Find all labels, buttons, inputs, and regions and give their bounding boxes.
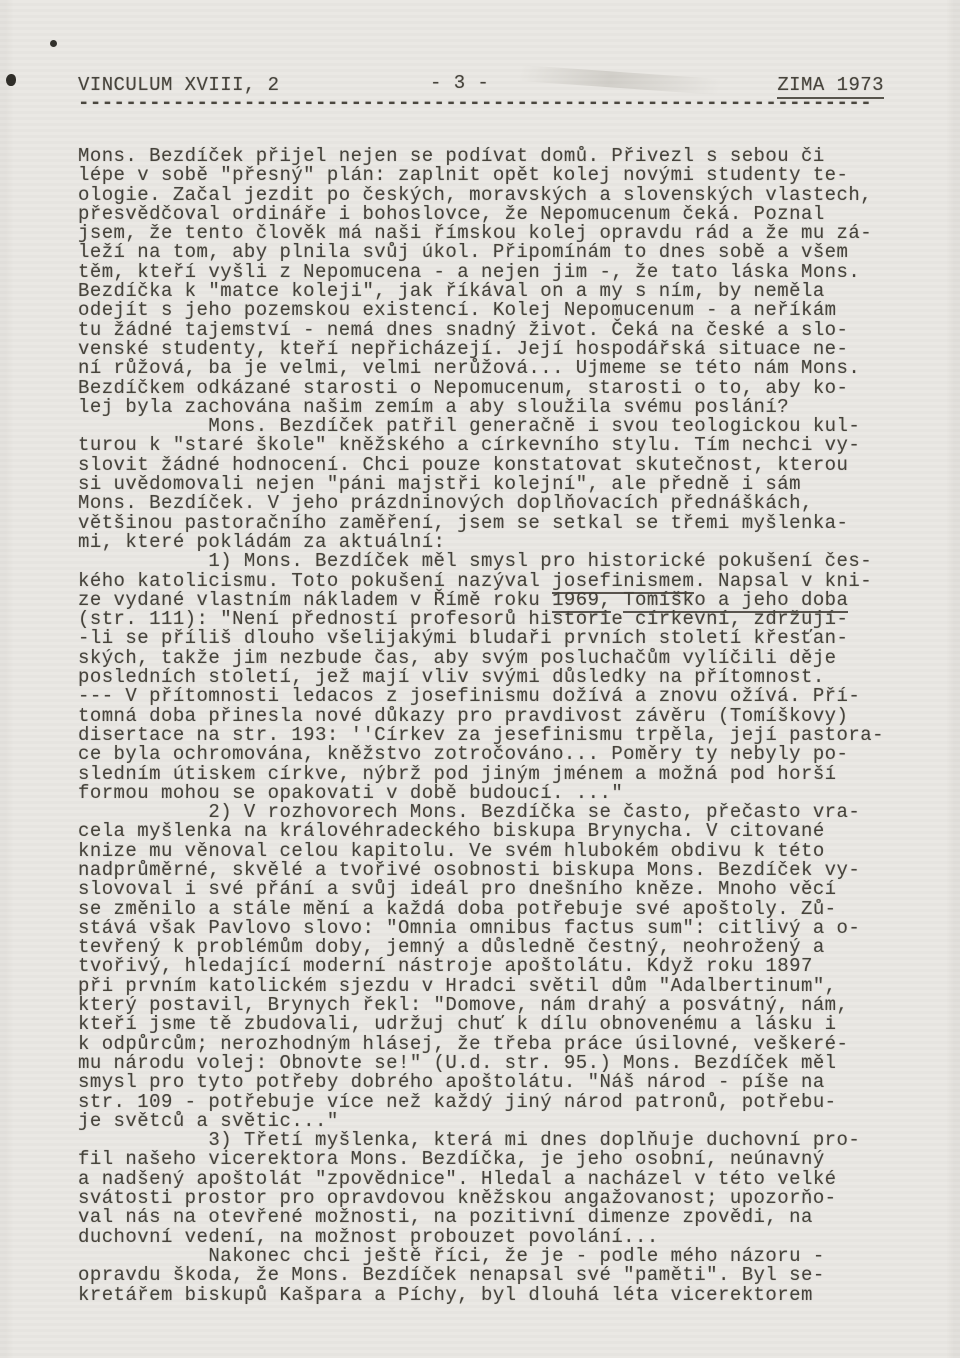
page-number: - 3 - <box>430 72 489 94</box>
issue-date: ZIMA 1973 <box>777 74 884 99</box>
journal-title: VINCULUM XVIII, 2 <box>78 74 279 99</box>
document-body: Mons. Bezdíček přijel nejen se podívat d… <box>78 147 908 1305</box>
text-segment: kretářem biskupů Kašpara a Píchy, byl dl… <box>78 1284 813 1306</box>
header-row: VINCULUM XVIII, 2 - 3 - ZIMA 1973 <box>78 74 884 99</box>
text-line: kretářem biskupů Kašpara a Píchy, byl dl… <box>78 1286 908 1305</box>
typewritten-page: VINCULUM XVIII, 2 - 3 - ZIMA 1973 ------… <box>0 0 960 1358</box>
page-header: VINCULUM XVIII, 2 - 3 - ZIMA 1973 ------… <box>78 74 884 114</box>
ink-speck <box>50 40 57 47</box>
ink-speck <box>6 74 16 86</box>
